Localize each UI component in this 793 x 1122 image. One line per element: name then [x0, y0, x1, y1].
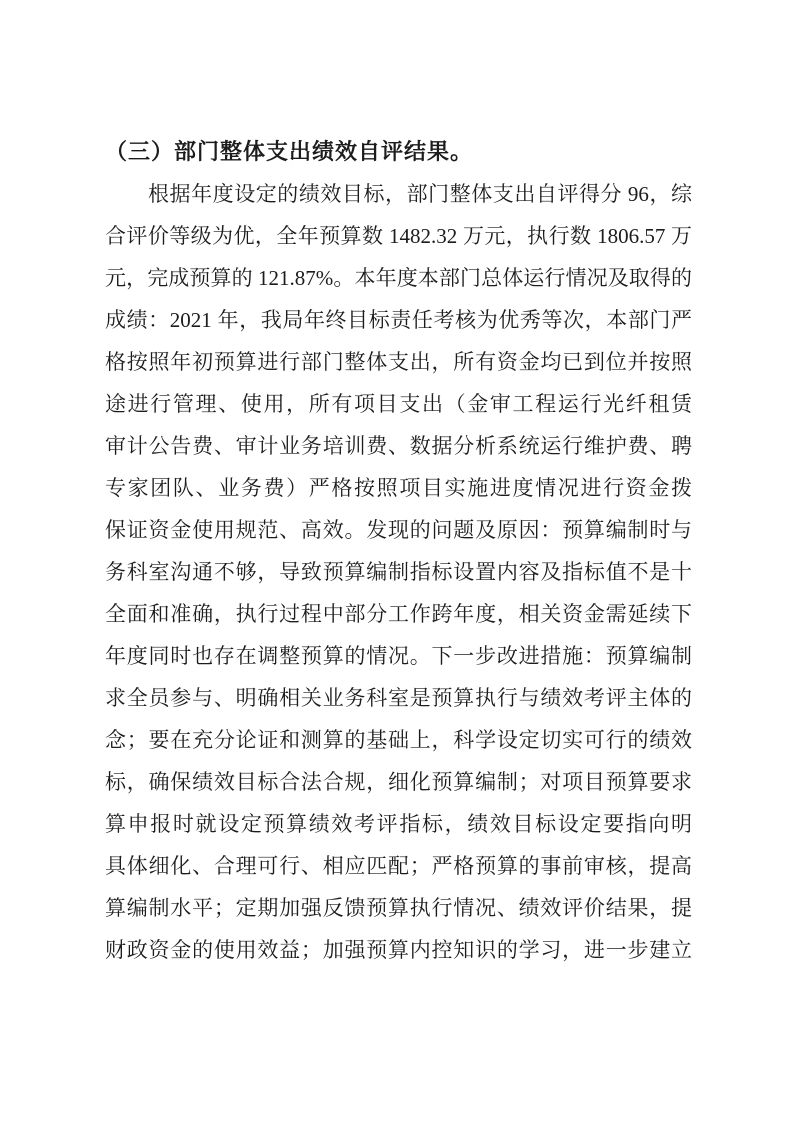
text-line: 格按照年初预算进行部门整体支出，所有资金均已到位并按照用: [105, 341, 692, 383]
text-line: 途进行管理、使用，所有项目支出（金审工程运行光纤租赁费、: [105, 383, 692, 425]
text-line: 算申报时就设定预算绩效考评指标，绩效目标设定要指向明确、: [105, 803, 692, 845]
text-line: 年度同时也存在调整预算的情况。下一步改进措施：预算编制要: [105, 635, 692, 677]
text-line: 全面和准确，执行过程中部分工作跨年度，相关资金需延续下一: [105, 593, 692, 635]
text-line: 财政资金的使用效益；加强预算内控知识的学习，进一步建立健: [105, 929, 692, 971]
text-line: 保证资金使用规范、高效。发现的问题及原因：预算编制时与业: [105, 509, 692, 551]
text-line: 算编制水平；定期加强反馈预算执行情况、绩效评价结果，提高: [105, 887, 692, 929]
text-line: 念；要在充分论证和测算的基础上，科学设定切实可行的绩效目: [105, 719, 692, 761]
text-line: 专家团队、业务费）严格按照项目实施进度情况进行资金拨付，: [105, 467, 692, 509]
text-line: 求全员参与、明确相关业务科室是预算执行与绩效考评主体的理: [105, 677, 692, 719]
text-line: 务科室沟通不够，导致预算编制指标设置内容及指标值不是十分: [105, 551, 692, 593]
section-heading: （三）部门整体支出绩效自评结果。: [105, 131, 692, 173]
document-page: （三）部门整体支出绩效自评结果。 根据年度设定的绩效目标，部门整体支出自评得分 …: [0, 0, 793, 1122]
text-line: 根据年度设定的绩效目标，部门整体支出自评得分 96，综: [105, 173, 692, 215]
text-line: 审计公告费、审计业务培训费、数据分析系统运行维护费、聘请: [105, 425, 692, 467]
text-line: 标，确保绩效目标合法合规，细化预算编制；对项目预算要求预: [105, 761, 692, 803]
text-line: 合评价等级为优，全年预算数 1482.32 万元，执行数 1806.57 万: [105, 215, 692, 257]
text-line: 元，完成预算的 121.87%。本年度本部门总体运行情况及取得的: [105, 257, 692, 299]
text-line: 成绩：2021 年，我局年终目标责任考核为优秀等次，本部门严: [105, 299, 692, 341]
text-line: 具体细化、合理可行、相应匹配；严格预算的事前审核，提高预: [105, 845, 692, 887]
